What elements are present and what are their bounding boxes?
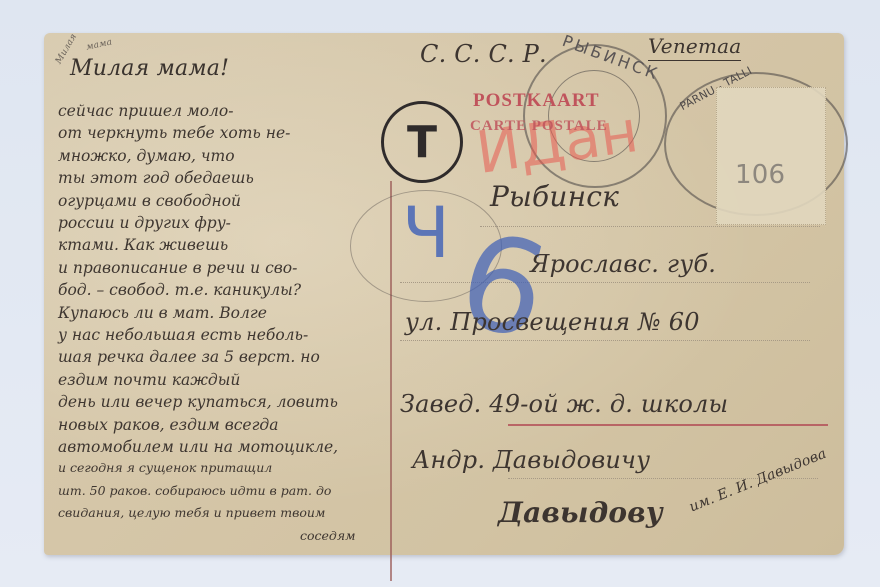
address-street: ул. Просвещения № 60 bbox=[405, 308, 700, 336]
message-greeting: Милая мама! bbox=[70, 56, 229, 81]
address-surname: Давыдову bbox=[498, 496, 663, 529]
message-line: огурцами в свободной bbox=[58, 192, 241, 210]
message-line: ктами. Как живешь bbox=[58, 236, 228, 254]
message-line: ты этот год обедаешь bbox=[58, 169, 254, 187]
header-note: С. С. С. Р. bbox=[420, 40, 547, 68]
message-line: сейчас пришел моло- bbox=[58, 102, 234, 120]
message-line: и правописание в речи и сво- bbox=[58, 259, 297, 277]
country-note: Venemaa bbox=[648, 34, 741, 61]
stamp-area: 106 bbox=[716, 87, 826, 225]
address-city: Рыбинск bbox=[490, 180, 619, 213]
address-line-4 bbox=[508, 424, 828, 426]
address-name: Андр. Давыдовичу bbox=[412, 446, 650, 474]
blue-mark-ch: Ч bbox=[402, 192, 450, 274]
printed-title: POSTKAART bbox=[473, 90, 600, 112]
address-school: Завед. 49-ой ж. д. школы bbox=[400, 390, 728, 418]
message-line: соседям bbox=[300, 528, 356, 543]
message-line: множко, думаю, что bbox=[58, 147, 235, 165]
postage-due-t-mark: T bbox=[381, 101, 463, 183]
message-line: новых раков, ездим всегда bbox=[58, 416, 278, 434]
message-line: день или вечер купаться, ловить bbox=[58, 393, 338, 411]
message-line: шт. 50 раков. собираюсь идти в рат. до bbox=[58, 483, 331, 498]
message-line: ездим почти каждый bbox=[58, 371, 240, 389]
message-line: Купаюсь ли в мат. Волге bbox=[58, 304, 267, 322]
message-line: россии и других фру- bbox=[58, 214, 231, 232]
message-line: от черкнуть тебе хоть не- bbox=[58, 124, 290, 142]
message-line: свидания, целую тебя и привет твоим bbox=[58, 505, 325, 520]
message-line: автомобилем или на мотоцикле, bbox=[58, 438, 338, 456]
message-line: у нас небольшая есть неболь- bbox=[58, 326, 308, 344]
printed-subtitle: CARTE POSTALE bbox=[470, 118, 608, 135]
message-line: шая речка далее за 5 верст. но bbox=[58, 348, 320, 366]
stamp-value: 106 bbox=[735, 160, 785, 190]
message-line: и сегодня я сущенок притащил bbox=[58, 460, 272, 475]
address-region: Ярославс. губ. bbox=[530, 250, 716, 278]
message-line: бод. – свобод. т.е. каникулы? bbox=[58, 281, 301, 299]
